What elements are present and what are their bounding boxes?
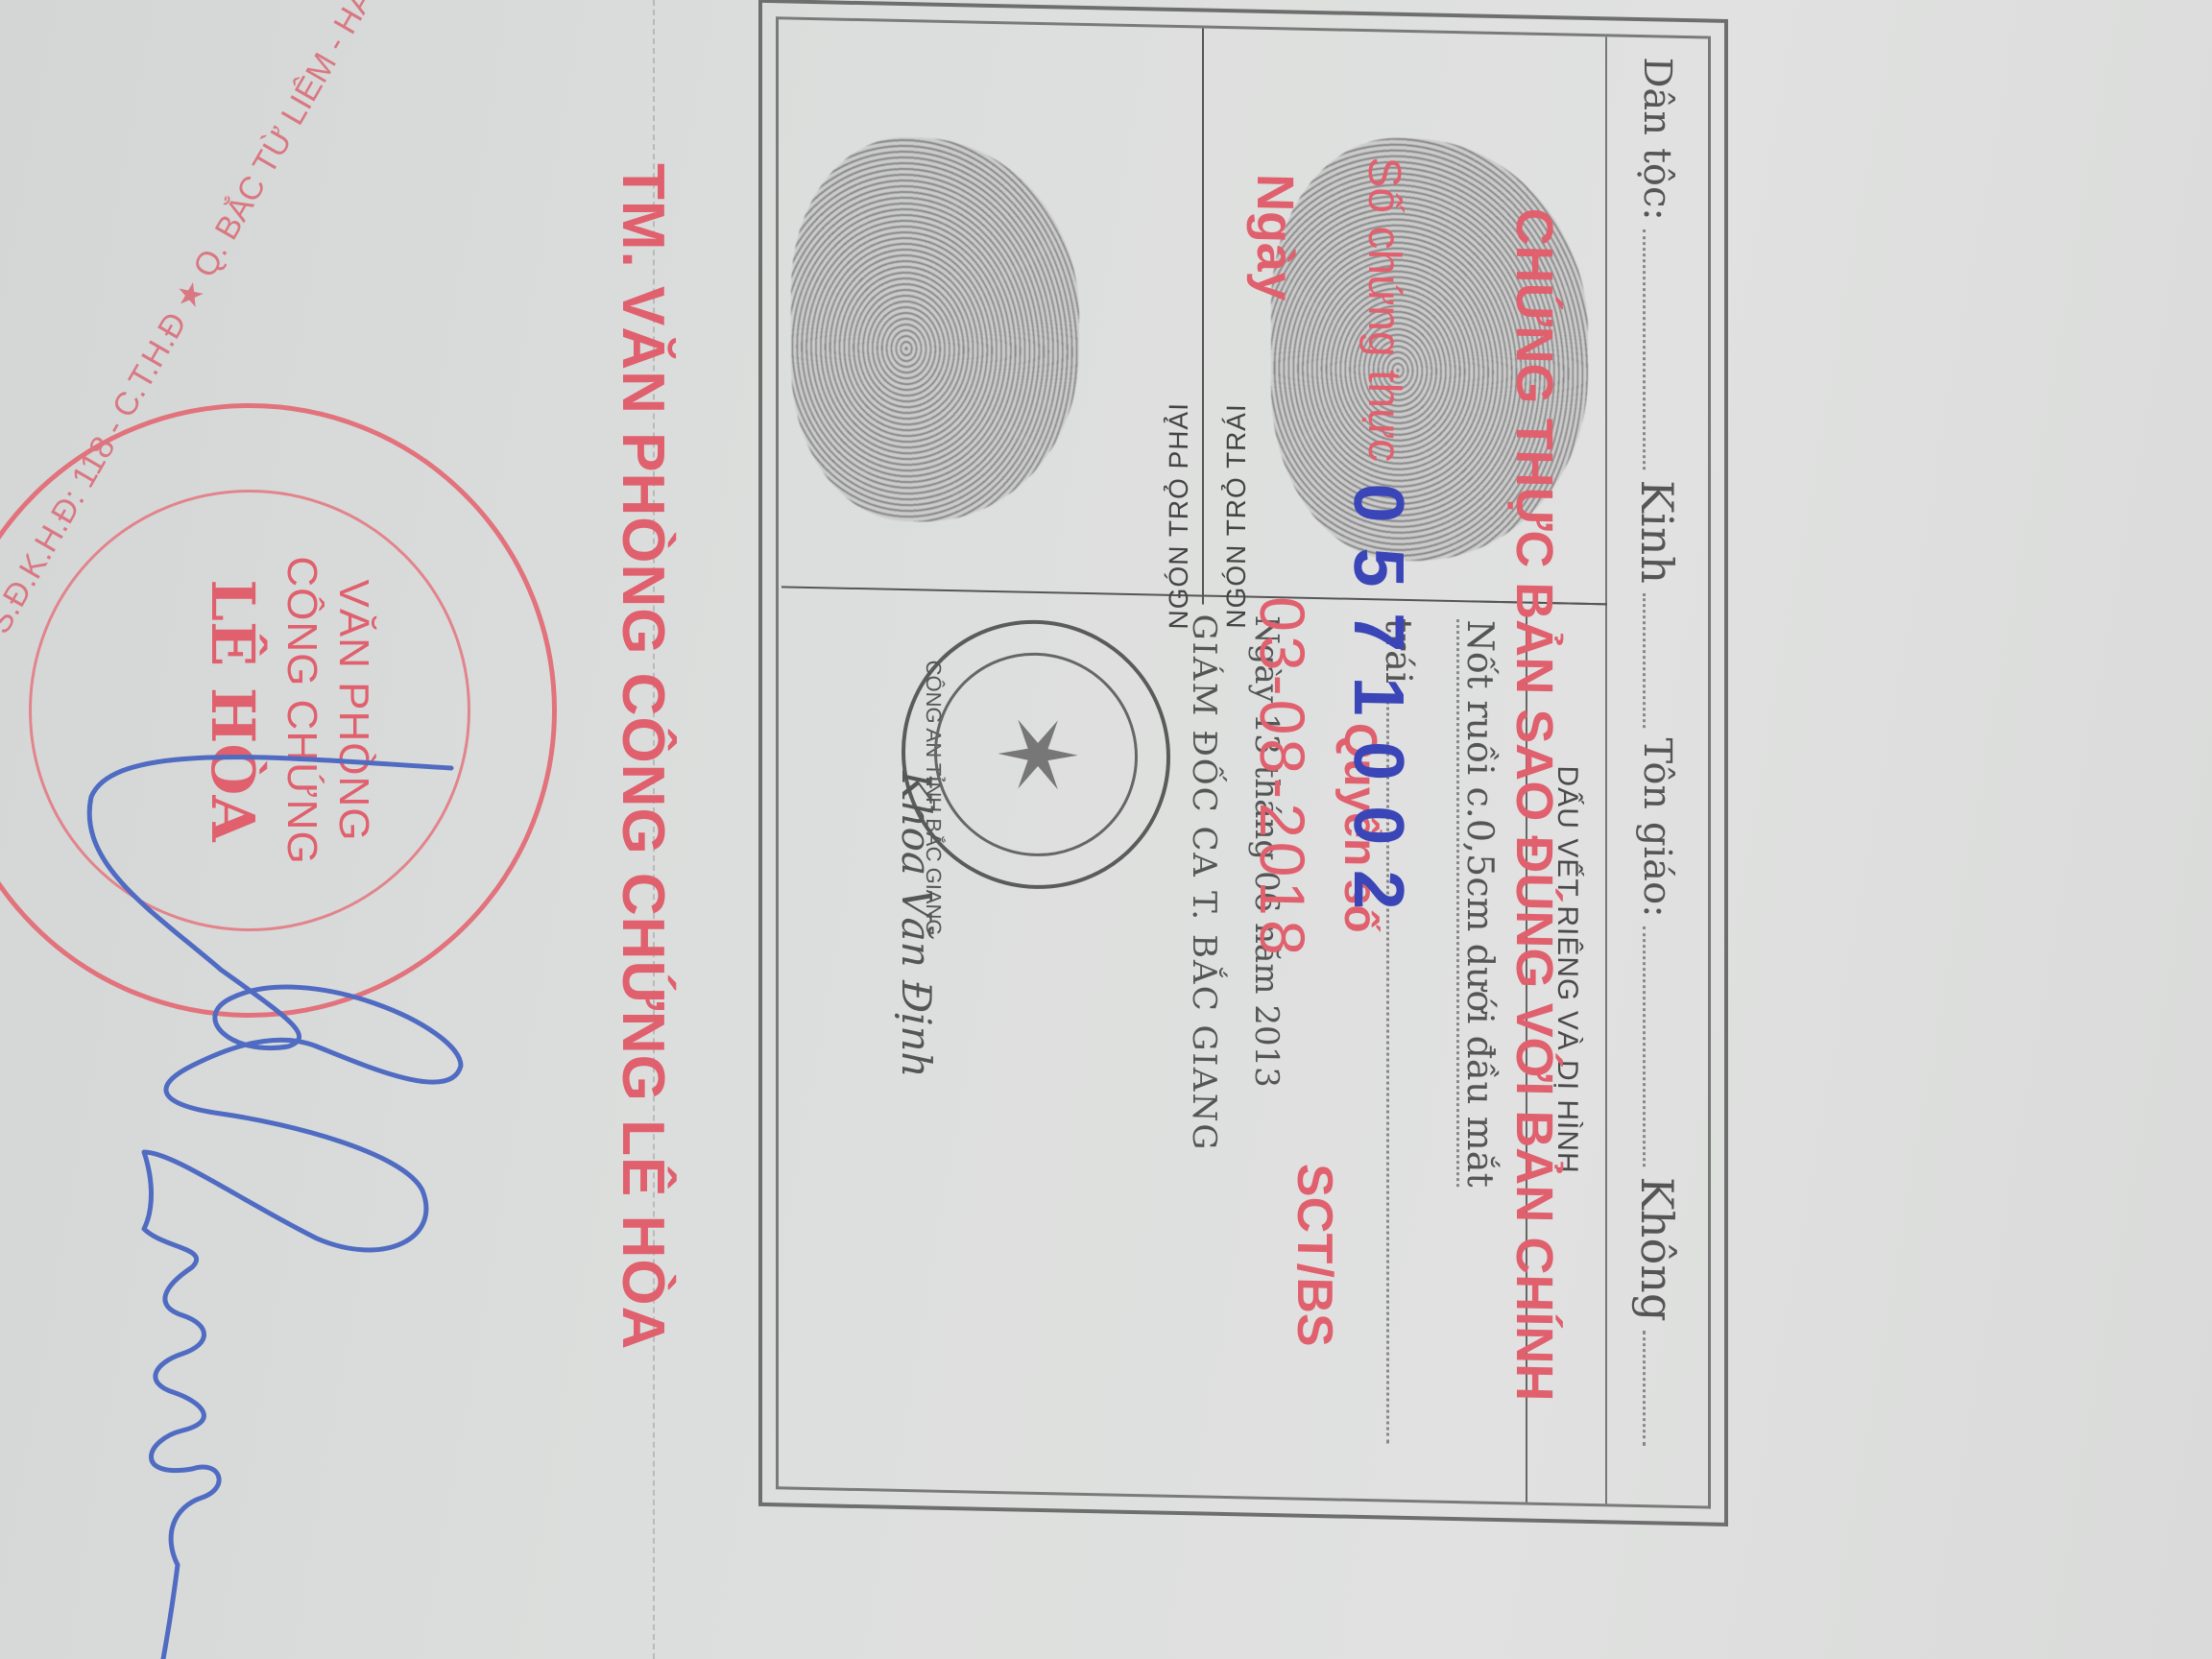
star-emblem-icon: ✶	[974, 709, 1097, 800]
handwritten-serial-number: 0571002	[1338, 482, 1420, 935]
stamp-line2: CÔNG CHỨNG	[276, 408, 327, 1013]
religion-value: Không	[1632, 1176, 1684, 1322]
certification-date-value: 03-08-2018	[1246, 595, 1319, 959]
stamp-line1: VĂN PHÒNG	[327, 408, 379, 1013]
cert-number-label-text: Số chứng thực	[1358, 156, 1409, 463]
ethnicity-value: Kinh	[1632, 479, 1684, 584]
issue-authority-line: GIÁM ĐỐC CA T. BẮC GIANG	[1185, 613, 1223, 1152]
identifying-marks-line1: Nốt ruồi c.0,5cm dưới đầu mắt	[1459, 619, 1502, 1188]
certification-number-label: Số chứng thực	[1358, 156, 1410, 463]
notary-round-stamp: S.Đ.K.H.Đ: 118 - C.T.H.Đ ★ Q. BẮC TỪ LIÊ…	[0, 403, 557, 1018]
dotted-leader	[1643, 926, 1659, 1166]
certification-date-label: Ngày	[1245, 173, 1305, 301]
id-card-copy: Dân tộc: Kinh Tôn giáo: Không NGÓN TRỎ T…	[758, 0, 1728, 1527]
dotted-leader	[1643, 230, 1659, 470]
stamp-line3: LÊ HÒA	[198, 408, 268, 1013]
police-seal: ✶ CÔNG AN TỈNH BẮC GIANG	[902, 617, 1170, 892]
ethnicity-label: Dân tộc:	[1636, 57, 1680, 221]
religion-label: Tôn giáo:	[1636, 737, 1680, 918]
right-index-caption: NGÓN TRỎ PHẢI	[1164, 402, 1194, 630]
right-index-fingerprint-cell: NGÓN TRỎ PHẢI	[781, 19, 1204, 596]
card-inner-frame: Dân tộc: Kinh Tôn giáo: Không NGÓN TRỎ T…	[776, 16, 1711, 1508]
notary-stamp-center: VĂN PHÒNG CÔNG CHỨNG LÊ HÒA	[198, 408, 379, 1013]
certification-number-value: SCT/BS	[1286, 1163, 1343, 1347]
ethnicity-religion-row: Dân tộc: Kinh Tôn giáo: Không	[1605, 36, 1708, 1505]
divider	[1202, 29, 1204, 605]
fingerprint-right-index	[791, 135, 1079, 525]
dotted-leader	[1643, 593, 1659, 728]
issuer-signature: Khoa Văn Định	[893, 771, 940, 1078]
marks-line1-text: Nốt ruồi c.0,5cm dưới đầu mắt	[1456, 619, 1502, 1188]
certification-heading: CHỨNG THỰC BẢN SAO ĐÚNG VỚI BẢN CHÍNH	[1504, 207, 1564, 1402]
dotted-leader	[1643, 1331, 1659, 1446]
notary-office-line: TM. VĂN PHÒNG CÔNG CHỨNG LÊ HÒA	[609, 163, 677, 1350]
